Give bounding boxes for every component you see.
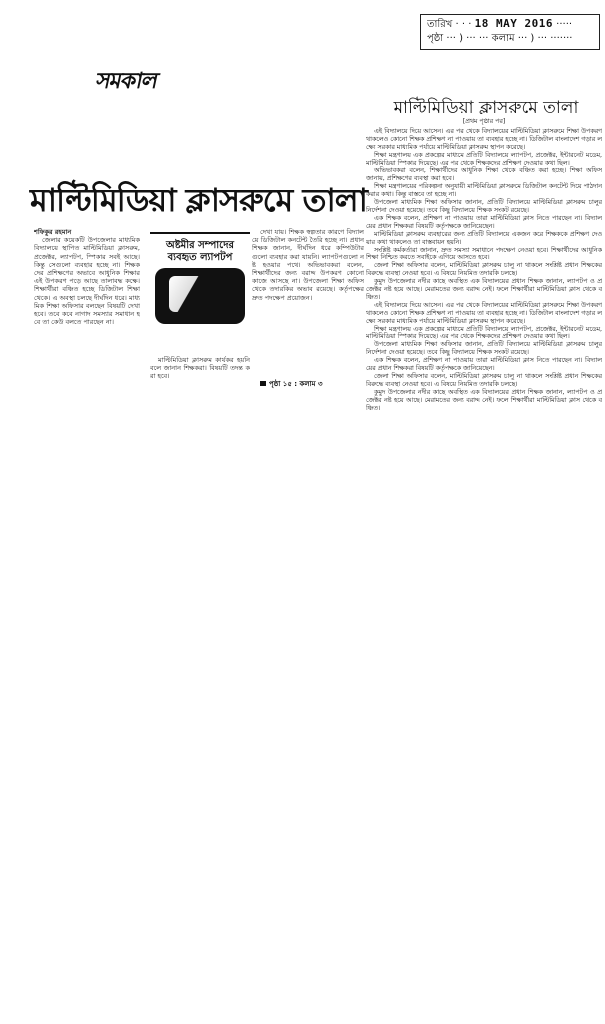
article-column-2-bottom: মাল্টিমিডিয়া ক্লাসরুম কার্যকর হয়নি বলে…: [150, 356, 250, 386]
stamp-date-value: 18 MAY 2016: [475, 17, 553, 30]
sidebar-divider: [150, 232, 250, 234]
stamp-date-row: তারিখ · · · 18 MAY 2016 ·····: [427, 17, 593, 32]
continuation-paragraph: এক শিক্ষক বলেন, প্রশিক্ষণ না পাওয়ায় তা…: [366, 215, 602, 231]
continuation-paragraph: উপজেলা মাধ্যমিক শিক্ষা অফিসার জানান, প্র…: [366, 341, 602, 357]
article-body-col3: দেখা যায়। শিক্ষক স্বল্পতার কারণে বিদ্যা…: [252, 228, 364, 302]
continuation-paragraph: মাল্টিমিডিয়া ক্লাসরুম ব্যবহারের জন্য প্…: [366, 231, 602, 247]
continuation-paragraph: অভিভাবকরা বলেন, শিক্ষার্থীদের আধুনিক শিক…: [366, 167, 602, 183]
main-headline: মাল্টিমিডিয়া ক্লাসরুমে তালা: [30, 180, 362, 220]
continuation-paragraph: শিক্ষা মন্ত্রণালয় এক প্রকল্পের মাধ্যমে …: [366, 152, 602, 168]
photo-caption: অষ্টমীর সম্পাদের ব্যবহৃত ল্যাপটপ: [150, 240, 250, 264]
clipping-date-stamp: তারিখ · · · 18 MAY 2016 ····· পৃষ্ঠা ···…: [420, 14, 600, 50]
continuation-subheading: [প্রথম পৃষ্ঠার পর]: [366, 118, 602, 126]
article-body-col1: জেলার কয়েকটি উপজেলার মাধ্যমিক বিদ্যালয়…: [34, 236, 140, 326]
article-column-3: দেখা যায়। শিক্ষক স্বল্পতার কারণে বিদ্যা…: [252, 228, 364, 358]
laptop-photo: [155, 268, 245, 324]
laptop-screen-image: [169, 276, 231, 312]
continuation-paragraph: শিক্ষা মন্ত্রণালয় এক প্রকল্পের মাধ্যমে …: [366, 326, 602, 342]
stamp-date-label: তারিখ: [427, 19, 452, 30]
article-column-1: শফিকুর রহমান জেলার কয়েকটি উপজেলার মাধ্য…: [34, 228, 140, 388]
continuation-paragraph: কুমুদ উপজেলার নদীর কাছে অবস্থিত এক বিদ্য…: [366, 278, 602, 302]
photo-sidebar: অষ্টমীর সম্পাদের ব্যবহৃত ল্যাপটপ: [150, 232, 250, 356]
continuation-paragraph: উপজেলা মাধ্যমিক শিক্ষা অফিসার জানান, প্র…: [366, 199, 602, 215]
stamp-page-row: পৃষ্ঠা ··· ) ··· ··· কলাম ··· ) ··· ····…: [427, 32, 593, 46]
continuation-paragraph: শিক্ষা মন্ত্রণালয়ের পরিকল্পনা অনুযায়ী …: [366, 183, 602, 199]
continuation-paragraph: কুমুদ উপজেলার নদীর কাছে অবস্থিত এক বিদ্য…: [366, 389, 602, 413]
continuation-column: [প্রথম পৃষ্ঠার পর] এই বিদ্যালয়ে দিয়ে আ…: [366, 118, 602, 998]
newspaper-masthead: সমকাল: [92, 64, 161, 101]
continued-text: পৃষ্ঠা ১৫ : কলাম ৩: [269, 380, 323, 388]
article-body-col2b: মাল্টিমিডিয়া ক্লাসরুম কার্যকর হয়নি বলে…: [150, 356, 250, 381]
bullet-square-icon: [260, 381, 266, 386]
continuation-paragraph: এই বিদ্যালয়ে দিয়ে আসেন। এর পর থেকে বিদ…: [366, 302, 602, 326]
continued-on-marker: পৃষ্ঠা ১৫ : কলাম ৩: [260, 378, 323, 390]
continuation-paragraph: জেলা শিক্ষা অফিসার বলেন, মাল্টিমিডিয়া ক…: [366, 373, 602, 389]
byline: শফিকুর রহমান: [34, 228, 140, 236]
continuation-paragraph: জেলা শিক্ষা অফিসার বলেন, মাল্টিমিডিয়া ক…: [366, 262, 602, 278]
continuation-paragraph: এই বিদ্যালয়ে দিয়ে আসেন। এর পর থেকে বিদ…: [366, 128, 602, 152]
continuation-paragraph: সংশ্লিষ্ট কর্মকর্তারা জানান, দ্রুত সমস্য…: [366, 247, 602, 263]
stamp-page-label: পৃষ্ঠা: [427, 33, 443, 44]
stamp-column-label: কলাম: [492, 33, 515, 44]
continuation-paragraph: এক শিক্ষক বলেন, প্রশিক্ষণ না পাওয়ায় তা…: [366, 357, 602, 373]
